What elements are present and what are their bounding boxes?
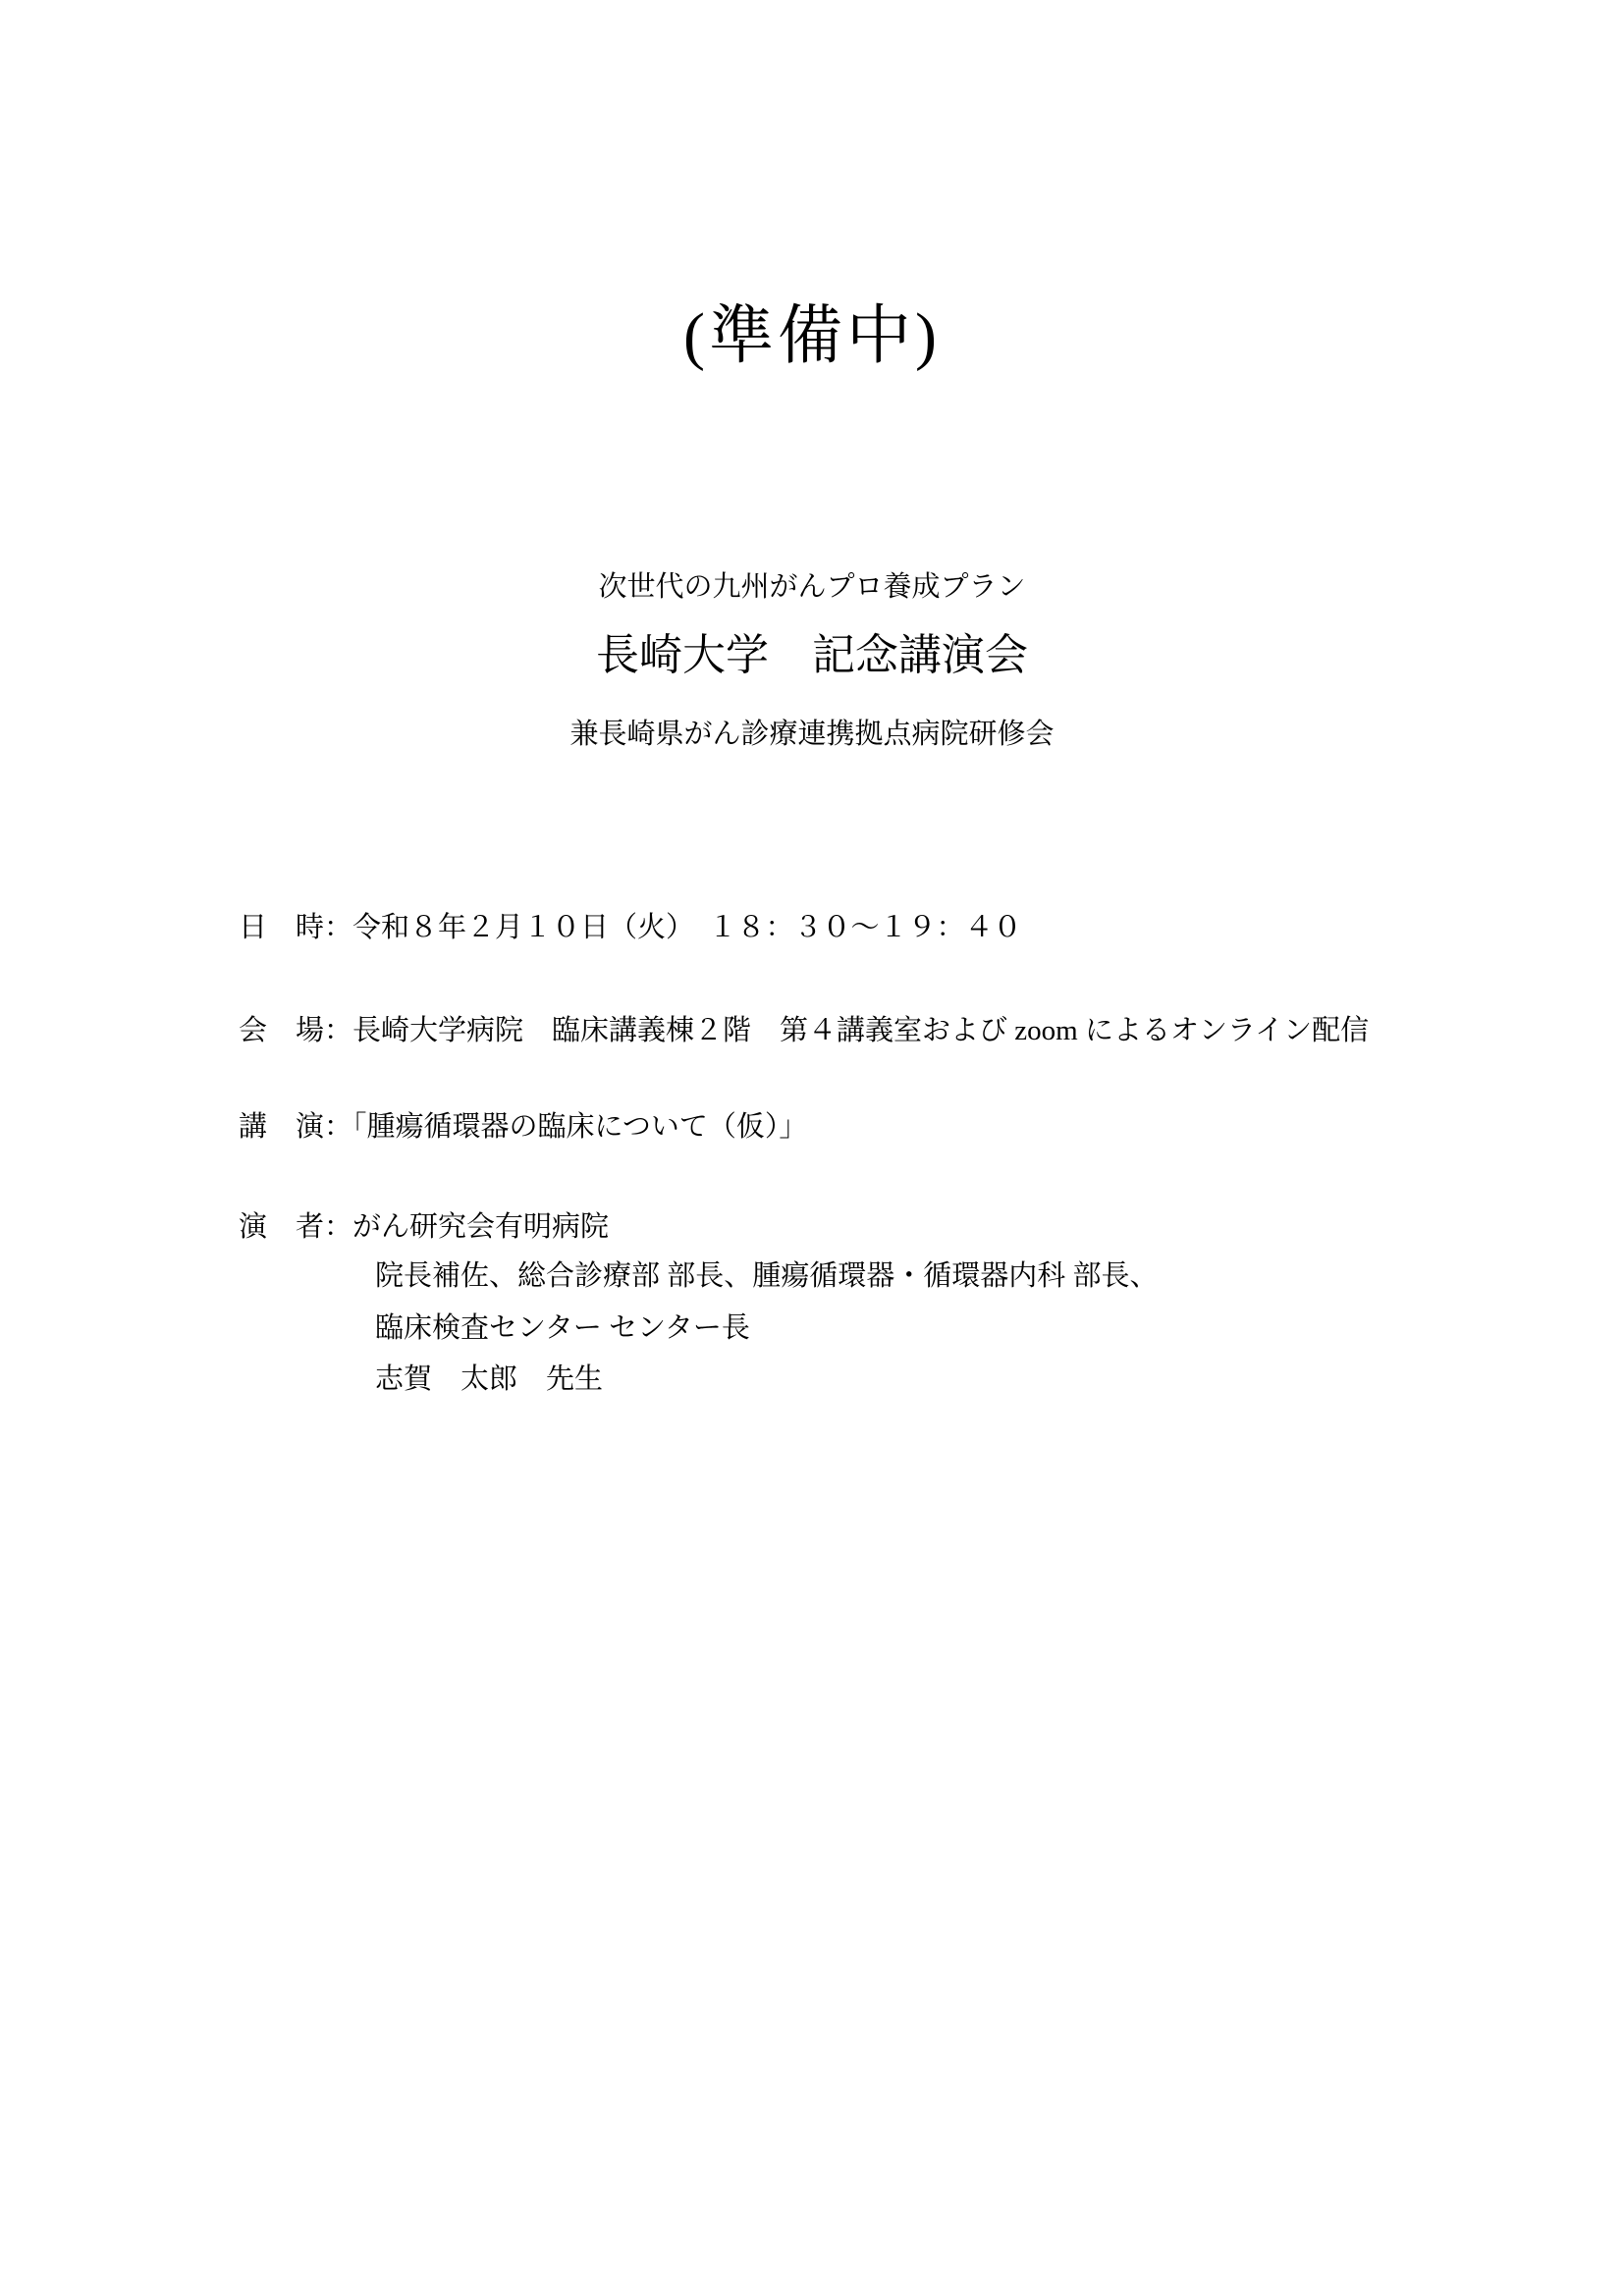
speaker-label: 演 者：	[239, 1211, 352, 1243]
speaker-title-line-2: 臨床検査センター センター長	[375, 1314, 750, 1343]
venue-value: 長崎大学病院 臨床講義棟２階 第４講義室および zoom によるオンライン配信	[352, 1015, 1369, 1046]
detail-row-lecture: 講 演：「腫瘍循環器の臨床について（仮）」	[239, 1113, 807, 1142]
venue-label: 会 場：	[239, 1015, 352, 1046]
speaker-title-line-1: 院長補佐、総合診療部 部長、腫瘍循環器・循環器内科 部長、	[375, 1262, 1159, 1291]
heading-event-title: 長崎大学 記念講演会	[0, 634, 1624, 677]
lecture-value: 「腫瘍循環器の臨床について（仮）」	[352, 1111, 807, 1143]
datetime-label: 日 時：	[239, 912, 352, 943]
speaker-name: 志賀 太郎 先生	[375, 1365, 603, 1394]
detail-row-datetime: 日 時：令和８年２月１０日（火） １８：３０～１９：４０	[239, 914, 1022, 942]
speaker-hospital: がん研究会有明病院	[352, 1211, 609, 1243]
heading-program-name: 次世代の九州がんプロ養成プラン	[0, 573, 1624, 602]
detail-row-speaker: 演 者：がん研究会有明病院	[239, 1213, 609, 1242]
detail-row-venue: 会 場：長崎大学病院 臨床講義棟２階 第４講義室および zoom によるオンライ…	[239, 1017, 1369, 1045]
datetime-value: 令和８年２月１０日（火） １８：３０～１９：４０	[352, 912, 1022, 943]
lecture-label: 講 演：	[239, 1111, 352, 1143]
document-page: (準備中) 次世代の九州がんプロ養成プラン 長崎大学 記念講演会 兼長崎県がん診…	[0, 0, 1624, 2296]
heading-event-subtitle: 兼長崎県がん診療連携拠点病院研修会	[0, 721, 1624, 749]
document-status-title: (準備中)	[0, 304, 1624, 369]
